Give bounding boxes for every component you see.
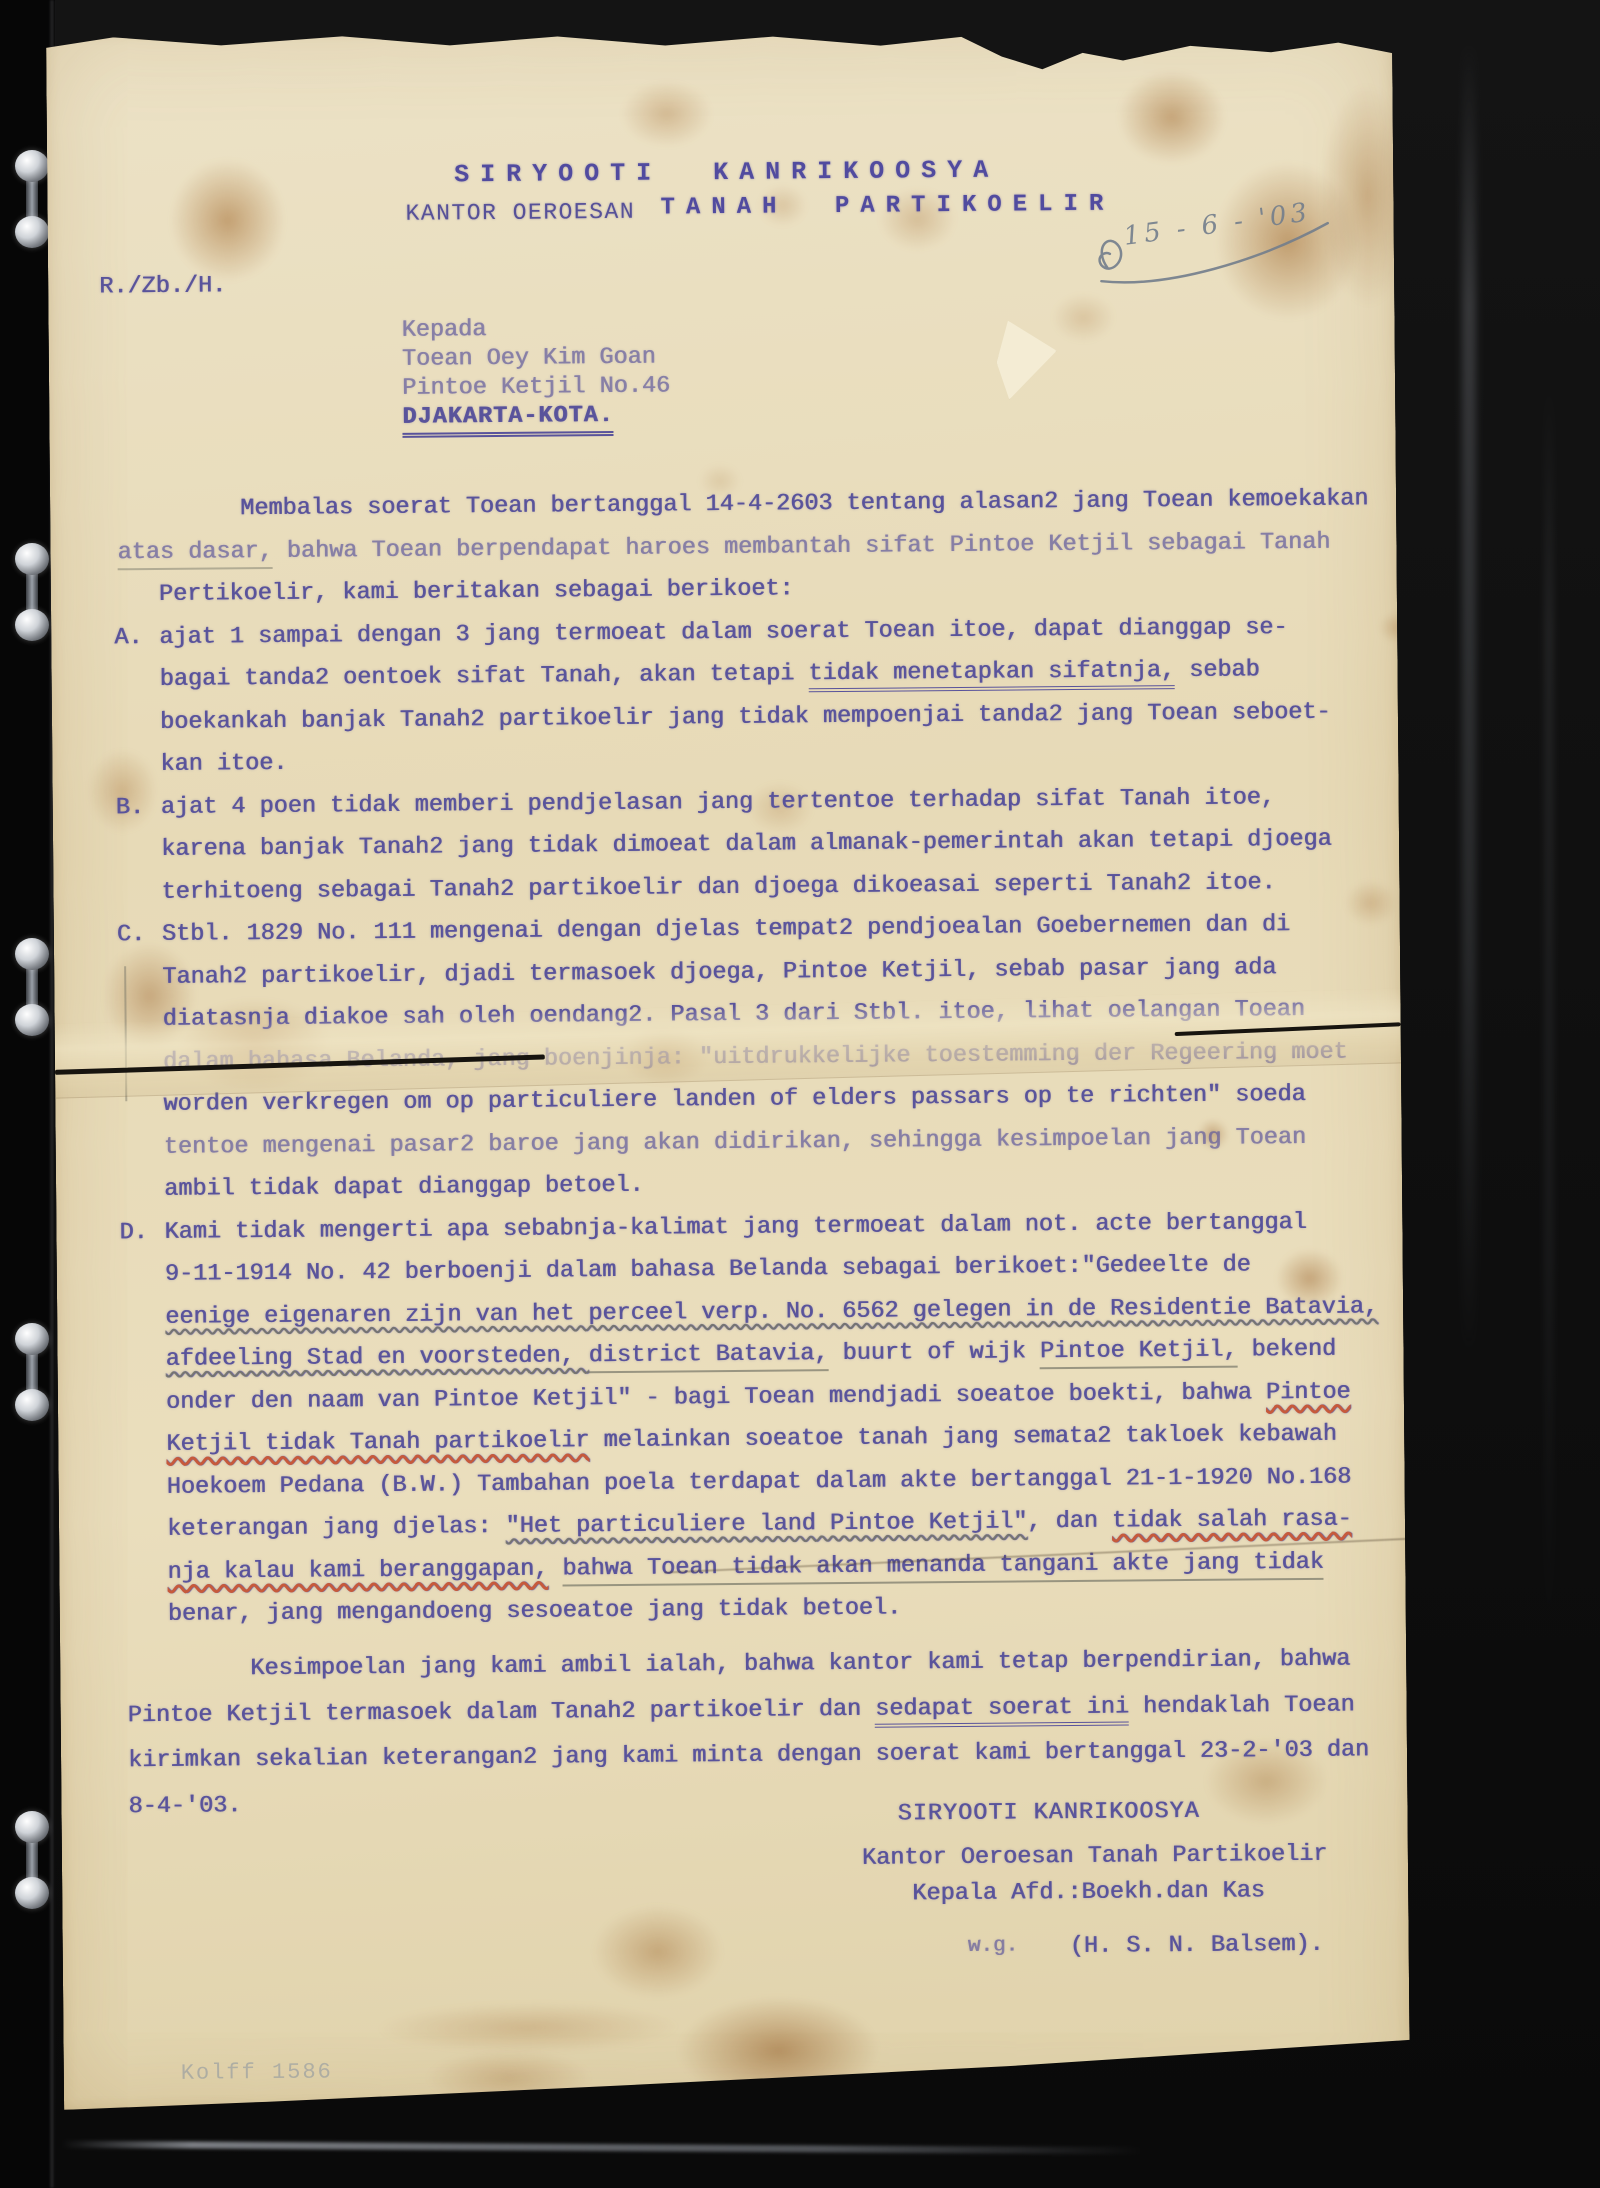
letter-text: Membalas soerat Toean bertanggal 14-4-26…: [240, 485, 1368, 522]
letter-text: tentoe mengenai pasar2 baroe jang akan d…: [164, 1123, 1306, 1160]
letter-text: sebab: [1175, 656, 1260, 684]
binder-clip: [12, 1811, 54, 1923]
signature-org: SIRYOOTI KANRIKOOSYA: [897, 1800, 1199, 1826]
letter-text: melainkan soeatoe tanah jang semata2 tak…: [589, 1421, 1337, 1455]
letter-text: 8-4-'03.: [128, 1792, 241, 1820]
signature-title: Kepala Afd.:Boekh.dan Kas: [912, 1879, 1265, 1906]
letter-line: 8-4-'03.: [128, 1794, 241, 1818]
signature-wg: w.g.: [968, 1936, 1019, 1957]
letter-line: A.ajat 1 sampai dengan 3 jang termoeat d…: [159, 616, 1287, 649]
letter-line: Pintoe Ketjil termasoek dalam Tanah2 par…: [128, 1693, 1355, 1727]
signature-office: Kantor Oeroesan Tanah Partikoelir: [862, 1843, 1328, 1871]
stain: [1333, 870, 1409, 936]
letter-line: Ketjil tidak Tanah partikoelir melainkan…: [166, 1423, 1337, 1457]
letter-text: karena banjak Tanah2 jang tidak dimoeat …: [161, 826, 1332, 863]
letter-line: kan itoe.: [160, 752, 287, 777]
letter-line: Kesimpoelan jang kami ambil ialah, bahwa…: [250, 1648, 1350, 1681]
letter-text: benar, jang mengandoeng sesoeatoe jang t…: [168, 1595, 902, 1628]
letter-text: ajat 4 poen tidak memberi pendjelasan ja…: [161, 784, 1275, 821]
underlined-text: tidak menetapkan sifatnja,: [808, 657, 1175, 692]
letter-line: atas dasar, bahwa Toean berpendapat haro…: [117, 530, 1330, 564]
letter-line: benar, jang mengandoeng sesoeatoe jang t…: [168, 1597, 902, 1627]
recipient-line: Pintoe Ketjil No.46: [402, 374, 670, 400]
recipient-block: KepadaToean Oey Kim GoanPintoe Ketjil No…: [401, 314, 1001, 319]
letter-text: boekankah banjak Tanah2 partikoelir jang…: [160, 698, 1331, 735]
item-marker: C.: [117, 923, 145, 947]
reference-number: R./Zb./H.: [99, 274, 226, 299]
letter-line: bagai tanda2 oentoek sifat Tanah, akan t…: [160, 658, 1260, 691]
letter-line: onder den naam van Pintoe Ketjil" - bagi…: [166, 1380, 1351, 1414]
underlined-text: Pintoe: [1266, 1378, 1351, 1406]
letter-line: eenige eigenaren zijn van het perceel ve…: [165, 1295, 1378, 1329]
letterhead-org-name: SIRYOOTI KANRIKOOSYA: [454, 156, 999, 190]
binder-clip: [12, 938, 54, 1050]
stain: [601, 66, 732, 162]
letter-text: Tanah2 partikoelir, djadi termasoek djoe…: [162, 954, 1276, 991]
letter-text: , dan: [1027, 1508, 1112, 1536]
letter-line: B.ajat 4 poen tidak memberi pendjelasan …: [161, 786, 1275, 819]
letter-text: [548, 1555, 562, 1582]
recipient-line: DJAKARTA-KOTA.: [402, 404, 614, 429]
stain: [318, 1991, 739, 2065]
letter-text: buurt of wijk: [828, 1338, 1040, 1367]
document-paper: SIRYOOTI KANRIKOOSYA KANTOR OEROESAN TAN…: [46, 20, 1410, 2110]
letter-body: Membalas soerat Toean bertanggal 14-4-26…: [46, 20, 1392, 32]
printer-mark: Kolff 1586: [181, 2059, 333, 2085]
stain: [567, 1886, 748, 2018]
underlined-text: nja kalau kami beranggapan,: [167, 1555, 548, 1585]
letter-line: keterangan jang djelas: "Het particulier…: [167, 1508, 1352, 1542]
letter-text: 9-11-1914 No. 42 berboenji dalam bahasa …: [165, 1251, 1251, 1287]
stain: [638, 1974, 919, 2126]
letter-text: Pintoe Ketjil termasoek dalam Tanah2 par…: [128, 1695, 876, 1729]
letter-line: afdeeling Stad en voorsteden, district B…: [165, 1338, 1336, 1372]
letter-text: Kesimpoelan jang kami ambil ialah, bahwa…: [250, 1646, 1350, 1683]
sleeve-reflection: [62, 2141, 1142, 2155]
closing-block: Kesimpoelan jang kami ambil ialah, bahwa…: [46, 20, 1392, 32]
letter-line: boekankah banjak Tanah2 partikoelir jang…: [160, 700, 1331, 734]
stain: [72, 731, 173, 852]
signed-name: (H. S. N. Balsem).: [1070, 1933, 1324, 1959]
binder-clip: [12, 1323, 54, 1435]
underlined-text: atas dasar,: [117, 537, 272, 569]
sleeve-reflection: [1462, 40, 1476, 1360]
letterhead-office-spaced: TANAH PARTIKOELIR: [660, 191, 1114, 222]
recipient-line: Kepada: [401, 318, 486, 342]
recipient-line: Toean Oey Kim Goan: [402, 346, 656, 372]
letter-text: bahwa Toean berpendapat haroes membantah…: [273, 528, 1331, 564]
letter-text: kan itoe.: [160, 750, 287, 778]
letter-text: kirimkan sekalian keterangan2 jang kami …: [128, 1736, 1369, 1774]
letter-text: bagai tanda2 oentoek sifat Tanah, akan t…: [159, 660, 808, 693]
letter-line: C.Stbl. 1829 No. 111 mengenai dengan dje…: [162, 913, 1290, 946]
underlined-text: sedapat soerat ini: [875, 1693, 1129, 1727]
item-marker: B.: [116, 796, 144, 820]
letter-text: terhitoeng sebagai Tanah2 partikoelir da…: [161, 869, 1275, 906]
album-page: SIRYOOTI KANRIKOOSYA KANTOR OEROESAN TAN…: [0, 0, 1600, 2188]
underlined-text: tidak salah rasa-: [1112, 1506, 1352, 1535]
underlined-text: Pintoe Ketjil,: [1040, 1337, 1238, 1370]
letter-text: Hoekoem Pedana (B.W.) Tambahan poela ter…: [167, 1463, 1352, 1500]
letter-line: Membalas soerat Toean bertanggal 14-4-26…: [240, 487, 1368, 520]
stain: [393, 2037, 624, 2119]
underlined-text: "Het particuliere land Pintoe Ketjil": [505, 1508, 1027, 1540]
item-marker: A.: [114, 626, 142, 650]
recipient-city: DJAKARTA-KOTA.: [402, 402, 614, 438]
underlined-text: district Batavia,: [588, 1340, 828, 1373]
letterhead-office-prefix: KANTOR OEROESAN: [405, 199, 635, 227]
underlined-text: afdeeling Stad en voorsteden,: [165, 1342, 588, 1373]
letter-text: Kami tidak mengerti apa sebabnja-kalimat…: [164, 1208, 1306, 1245]
letter-line: Tanah2 partikoelir, djadi termasoek djoe…: [162, 956, 1276, 989]
item-marker: D.: [119, 1221, 147, 1245]
underlined-text: eenige eigenaren zijn van het perceel ve…: [165, 1293, 1378, 1331]
letter-line: tentoe mengenai pasar2 baroe jang akan d…: [164, 1125, 1306, 1158]
letter-line: karena banjak Tanah2 jang tidak dimoeat …: [161, 828, 1332, 862]
letter-text: keterangan jang djelas:: [167, 1513, 506, 1543]
letter-line: terhitoeng sebagai Tanah2 partikoelir da…: [161, 871, 1275, 904]
stain: [1371, 605, 1421, 650]
letter-line: D.Kami tidak mengerti apa sebabnja-kalim…: [164, 1210, 1306, 1243]
letter-text: ajat 1 sampai dengan 3 jang termoeat dal…: [159, 614, 1287, 651]
letter-text: hendaklah Toean: [1129, 1691, 1355, 1720]
sleeve-reflection: [1545, 380, 1553, 1640]
letter-text: bekend: [1237, 1336, 1336, 1364]
letter-line: 9-11-1914 No. 42 berboenji dalam bahasa …: [165, 1253, 1251, 1286]
underlined-text: bahwa Toean tidak akan menanda tangani a…: [562, 1548, 1324, 1586]
letter-text: Stbl. 1829 No. 111 mengenai dengan djela…: [162, 911, 1290, 948]
letter-line: Pertikoelir, kami beritakan sebagai beri…: [159, 577, 794, 606]
stain: [1096, 51, 1247, 182]
binder-clip: [12, 543, 54, 655]
letter-text: Pertikoelir, kami beritakan sebagai beri…: [159, 575, 794, 608]
letter-text: ambil tidak dapat dianggap betoel.: [164, 1172, 644, 1203]
letter-text: onder den naam van Pintoe Ketjil" - bagi…: [166, 1379, 1266, 1416]
tear-mark: [992, 320, 1060, 405]
underlined-text: Ketjil tidak Tanah partikoelir: [166, 1427, 589, 1458]
letter-line: Hoekoem Pedana (B.W.) Tambahan poela ter…: [167, 1465, 1352, 1499]
letter-line: kirimkan sekalian keterangan2 jang kami …: [128, 1738, 1369, 1772]
letter-line: ambil tidak dapat dianggap betoel.: [164, 1174, 644, 1202]
